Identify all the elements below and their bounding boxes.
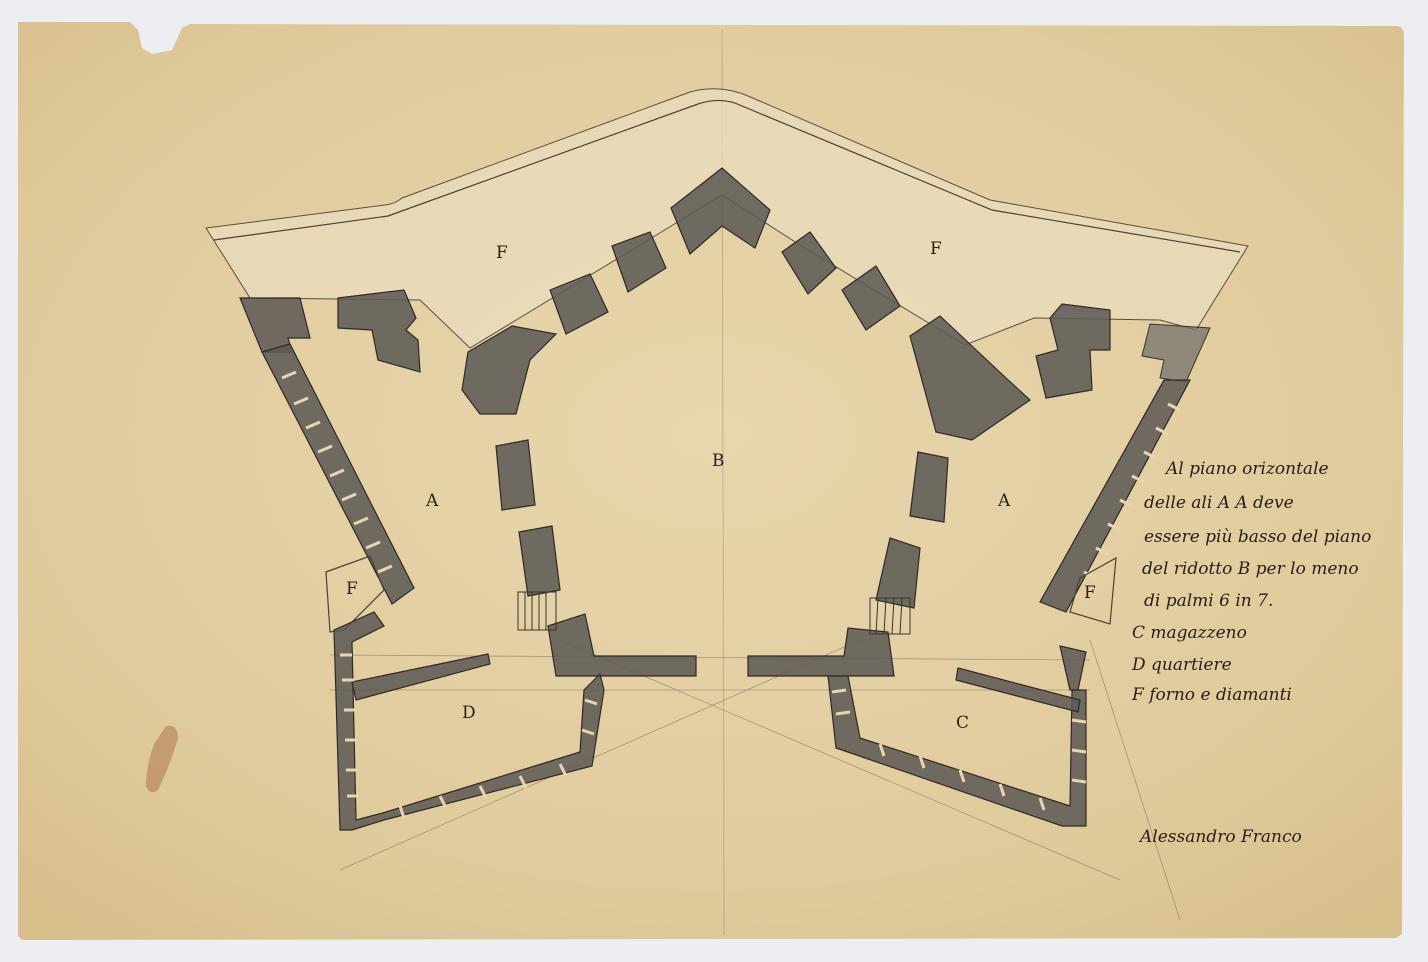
legend-line-1: Al piano orizontale [1164,459,1329,479]
label-a-left: A [425,491,439,511]
label-b: B [712,451,725,471]
legend-line-3: essere più basso del piano [1144,527,1371,547]
label-f-right-room: F [1084,583,1096,603]
label-f-left-room: F [346,579,358,599]
legend-line-6: C magazzeno [1132,623,1247,643]
legend-line-8: F forno e diamanti [1131,685,1292,705]
signature: Alessandro Franco [1138,827,1302,847]
legend-line-7: D quartiere [1131,655,1232,675]
label-f-top-right: F [930,239,942,259]
label-a-right: A [997,491,1011,511]
label-d: D [462,703,476,723]
legend-line-4: del ridotto B per lo meno [1142,559,1359,579]
legend-line-2: delle ali A A deve [1144,493,1294,513]
fortress-plan-drawing: B A A F F F F D C Al piano orizontale de… [0,0,1428,962]
label-f-top-left: F [496,243,508,263]
legend-line-5: di palmi 6 in 7. [1144,591,1273,611]
label-c: C [956,713,969,733]
